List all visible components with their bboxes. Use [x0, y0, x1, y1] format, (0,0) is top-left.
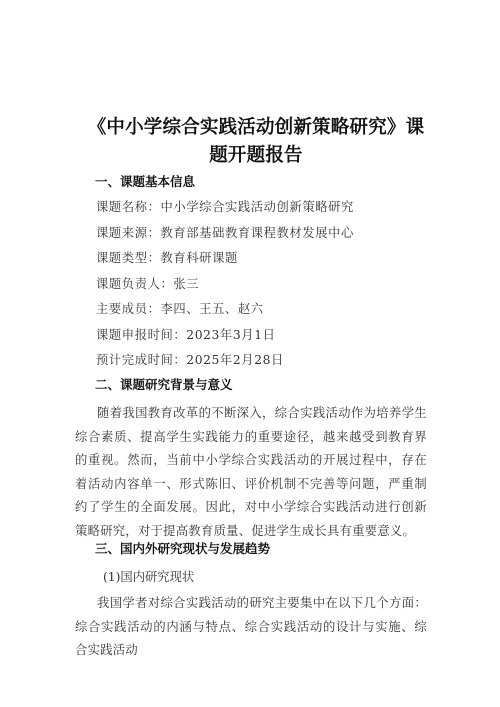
info-item-topic-name: 课题名称：中小学综合实践活动创新策略研究	[96, 198, 354, 216]
domestic-research-paragraph: 我国学者对综合实践活动的研究主要集中在以下几个方面：综合实践活动的内涵与特点、综…	[75, 592, 427, 663]
section-heading-basic-info: 一、课题基本信息	[95, 173, 195, 191]
document-page: 《中小学综合实践活动创新策略研究》课题开题报告 一、课题基本信息 课题名称：中小…	[0, 0, 500, 707]
subheading-domestic-research: (1)国内研究现状	[103, 568, 194, 586]
document-title: 《中小学综合实践活动创新策略研究》课题开题报告	[86, 114, 426, 170]
section-heading-background: 二、课题研究背景与意义	[95, 376, 233, 394]
info-item-topic-source: 课题来源：教育部基础教育课程教材发展中心	[96, 224, 354, 242]
background-paragraph: 随着我国教育改革的不断深入，综合实践活动作为培养学生综合素质、提高学生实践能力的…	[75, 402, 427, 544]
section-heading-research-status: 三、国内外研究现状与发展趋势	[95, 540, 270, 558]
info-item-leader: 课题负责人：张三	[96, 275, 199, 293]
info-item-apply-date: 课题申报时间：2023年3月1日	[96, 326, 276, 344]
info-item-finish-date: 预计完成时间：2025年2月28日	[96, 351, 284, 369]
info-item-topic-type: 课题类型：教育科研课题	[96, 249, 238, 267]
info-item-members: 主要成员：李四、王五、赵六	[96, 300, 264, 318]
